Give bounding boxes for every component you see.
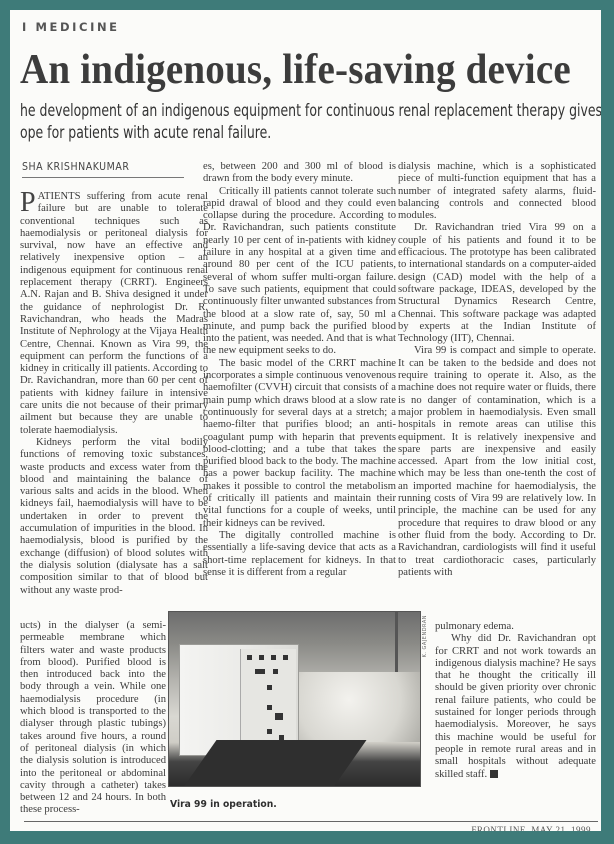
photo-bed (299, 672, 421, 742)
paragraph: Dr. Ravichandran tried Vira 99 on a coup… (398, 222, 596, 345)
paragraph-continued: pulmonary edema. (435, 621, 596, 633)
newspaper-clipping: I MEDICINE An indigenous, life-saving de… (10, 10, 601, 831)
photo-knob (255, 669, 265, 674)
paragraph-continued: dialysis machine, which is a sophisticat… (398, 161, 596, 222)
standfirst: he development of an indigenous equipmen… (20, 100, 507, 144)
section-name: MEDICINE (36, 20, 120, 34)
byline-divider (22, 177, 184, 178)
paragraph: Vira 99 is compact and simple to operate… (398, 345, 596, 579)
photo-knob (275, 713, 283, 720)
paragraph-continued: es, between 200 and 300 ml of blood is d… (203, 161, 396, 186)
column-3-continued: pulmonary edema. Why did Dr. Ravichandra… (435, 621, 596, 781)
standfirst-line-2: ope for patients with acute renal failur… (20, 122, 507, 144)
photo-knob (267, 685, 272, 690)
column-3: dialysis machine, which is a sophisticat… (398, 161, 596, 579)
paragraph-intro: PATIENTS suffering from acute renal fail… (20, 191, 208, 437)
paragraph: Kidneys perform the vital bodily functio… (20, 437, 208, 597)
end-of-article-icon (490, 770, 498, 778)
source-line: FRONTLINE, MAY 21, 1999 (471, 825, 591, 831)
paragraph: The basic model of the CRRT machine inco… (203, 358, 396, 530)
column-1-continued: ucts) in the dialyser (a semi-permeable … (20, 620, 166, 817)
photo-caption: Vira 99 in operation. (170, 799, 277, 810)
photo-knob (267, 729, 272, 734)
paragraph-text: ATIENTS suffering from acute renal failu… (20, 191, 208, 436)
photo-knob (247, 655, 252, 660)
column-2: es, between 200 and 300 ml of blood is d… (203, 161, 396, 579)
photo-knob (267, 705, 272, 710)
photo-credit: K. GAJENDRAN (422, 615, 428, 657)
photo-knob (283, 655, 288, 660)
paragraph-continued: ucts) in the dialyser (a semi-permeable … (20, 620, 166, 817)
section-label: I MEDICINE (22, 20, 120, 34)
paragraph: Critically ill patients cannot tolerate … (203, 186, 396, 358)
section-prefix: I (22, 20, 29, 34)
byline: SHA KRISHNAKUMAR (22, 161, 129, 173)
drop-cap: P (20, 192, 36, 214)
photo-knob (259, 655, 264, 660)
paragraph-text: Why did Dr. Ravichandran opt for CRRT an… (435, 633, 596, 779)
headline: An indigenous, life-saving device (20, 46, 571, 94)
photo-control-panel (240, 649, 296, 745)
column-1: PATIENTS suffering from acute renal fail… (20, 191, 208, 597)
photo-knob (271, 655, 276, 660)
paragraph: The digitally controlled machine is esse… (203, 530, 396, 579)
photo-vira-99 (168, 611, 421, 787)
standfirst-line-1: he development of an indigenous equipmen… (20, 100, 507, 122)
paragraph: Why did Dr. Ravichandran opt for CRRT an… (435, 633, 596, 781)
photo-knob (273, 669, 278, 674)
footer-divider (24, 821, 598, 822)
